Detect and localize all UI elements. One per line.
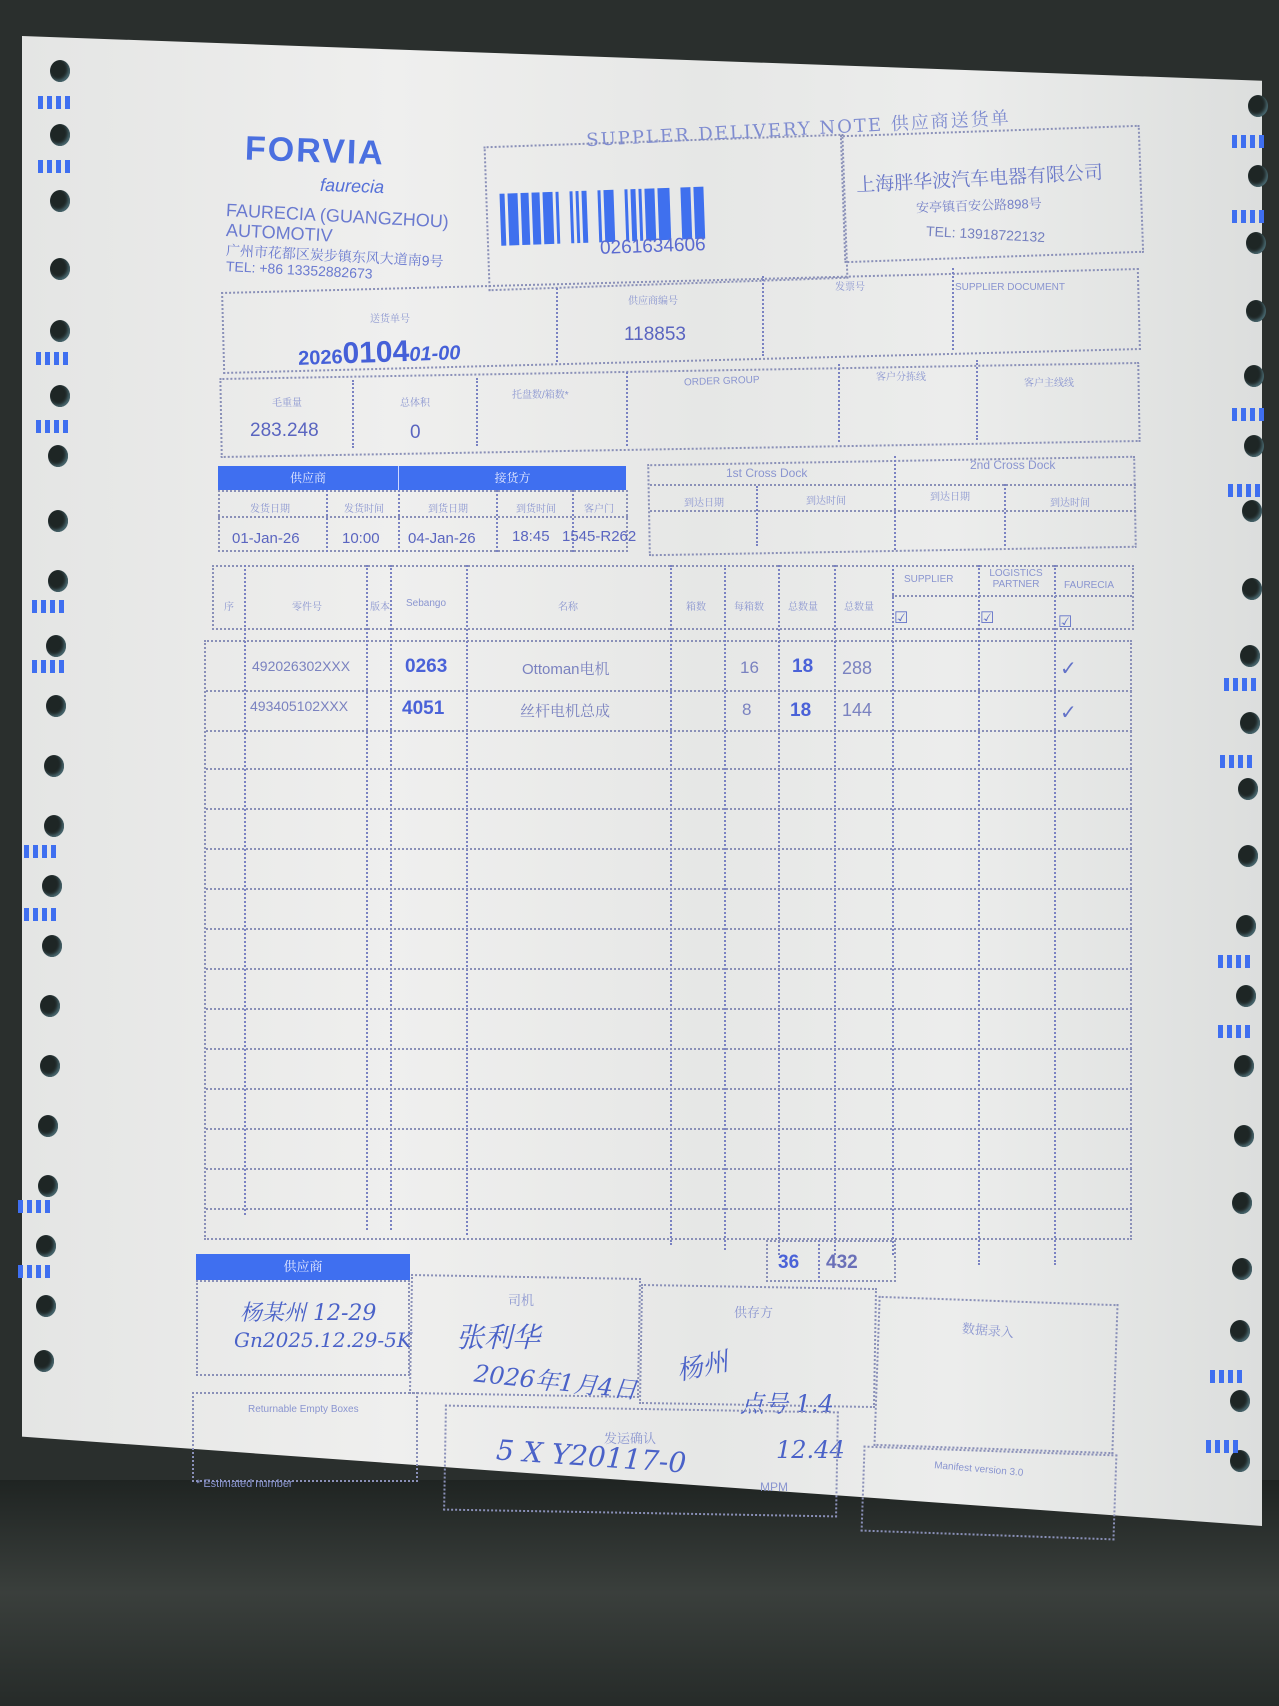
row1-name: Ottoman电机 xyxy=(522,658,610,679)
ship-time-label: 发货时间 xyxy=(344,500,384,515)
row1-part-no: 492026302XXX xyxy=(252,658,350,674)
feed-hole-icon xyxy=(1232,1258,1252,1280)
feed-hole-icon xyxy=(42,875,62,897)
registration-marks xyxy=(18,1265,50,1278)
divider xyxy=(218,516,628,518)
registration-marks xyxy=(32,660,64,673)
divider xyxy=(894,456,896,550)
divider xyxy=(756,486,758,546)
feed-hole-icon xyxy=(40,1055,60,1077)
feed-hole-icon xyxy=(46,695,66,717)
registration-marks xyxy=(1218,955,1250,968)
divider xyxy=(952,268,954,350)
row-divider xyxy=(206,928,1132,930)
checkbox-icon[interactable]: ☑ xyxy=(894,608,908,628)
row2-per-box: 8 xyxy=(742,700,751,720)
volume: 0 xyxy=(410,422,421,444)
registration-marks xyxy=(1228,484,1260,497)
row-divider xyxy=(206,968,1132,970)
feed-hole-icon xyxy=(50,385,70,407)
feed-hole-icon xyxy=(1234,1125,1254,1147)
ship-date-label: 发货日期 xyxy=(250,500,290,515)
feed-hole-icon xyxy=(50,258,70,280)
feed-hole-icon xyxy=(1238,778,1258,800)
row1-sebango: 0263 xyxy=(405,656,447,678)
registration-marks xyxy=(38,96,70,109)
data-entry-box xyxy=(873,1296,1118,1454)
registration-marks xyxy=(1210,1370,1242,1383)
col-total-header: 总数量 xyxy=(844,598,874,613)
col-divider xyxy=(724,565,726,1250)
invoice-label: 发票号 xyxy=(835,278,865,293)
divider xyxy=(476,378,478,446)
feed-hole-icon xyxy=(1240,645,1260,667)
registration-marks xyxy=(1220,755,1252,768)
feed-hole-icon xyxy=(1236,915,1256,937)
col-qty-header: 总数量 xyxy=(788,598,818,613)
returnable-label: Returnable Empty Boxes xyxy=(248,1404,359,1415)
ship-date: 01-Jan-26 xyxy=(232,530,300,547)
divider xyxy=(326,490,328,552)
row-divider xyxy=(206,1088,1132,1090)
registration-marks xyxy=(1232,210,1264,223)
arrival-time: 18:45 xyxy=(512,528,550,545)
warehouse-label: 供存方 xyxy=(734,1302,773,1321)
col-per-box-header: 每箱数 xyxy=(734,598,764,613)
row2-total: 144 xyxy=(842,700,872,721)
divider xyxy=(650,510,1136,512)
feed-hole-icon xyxy=(50,190,70,212)
col-seq-header: 序 xyxy=(224,598,234,613)
checkbox-icon[interactable]: ☑ xyxy=(980,608,994,628)
packages-label: 托盘数/箱数* xyxy=(512,386,569,401)
arrival-time-label: 到货时间 xyxy=(516,500,556,515)
estimated-note: * Estimated number xyxy=(196,1478,293,1490)
row2-check-mark[interactable]: ✓ xyxy=(1060,700,1077,725)
supplier-signature: 杨某州 12-29 xyxy=(240,1296,376,1327)
feed-hole-icon xyxy=(1230,1450,1250,1472)
faurecia-check-header: FAURECIA xyxy=(1064,580,1114,591)
feed-hole-icon xyxy=(44,755,64,777)
weight-row xyxy=(219,362,1140,458)
supplier-check-header: SUPPLIER xyxy=(904,574,953,585)
row-divider xyxy=(206,808,1132,810)
registration-marks xyxy=(1218,1025,1250,1038)
receiver-band: 接货方 xyxy=(398,466,626,490)
first-cross-dock-label: 1st Cross Dock xyxy=(726,466,807,480)
feed-hole-icon xyxy=(1244,435,1264,457)
volume-label: 总体积 xyxy=(400,394,430,409)
line1-label: 客户分拣线 xyxy=(876,368,926,383)
supplier-band: 供应商 xyxy=(218,466,398,490)
total-boxes: 36 xyxy=(778,1252,799,1274)
row2-name: 丝杆电机总成 xyxy=(520,700,610,721)
row-divider xyxy=(206,690,1132,692)
dock-code: 1545-R262 xyxy=(562,528,636,545)
row-divider xyxy=(206,1168,1132,1170)
col-name-header: 名称 xyxy=(558,598,578,613)
supplier-code: 118853 xyxy=(624,324,686,346)
col-divider xyxy=(670,565,672,1245)
weight-label: 毛重量 xyxy=(272,394,302,409)
supplier-sign-date: Gn2025.12.29-5K xyxy=(234,1328,412,1352)
row-divider xyxy=(206,888,1132,890)
col-divider xyxy=(366,565,368,1230)
delivery-no-date: 0104 xyxy=(342,335,410,370)
feed-hole-icon xyxy=(40,995,60,1017)
row2-sebango: 4051 xyxy=(402,698,444,720)
registration-marks xyxy=(1206,1440,1238,1453)
feed-hole-icon xyxy=(36,1295,56,1317)
supplier-document-label: SUPPLIER DOCUMENT xyxy=(955,282,1065,293)
divider xyxy=(398,490,400,552)
feed-hole-icon xyxy=(1234,1055,1254,1077)
feed-hole-icon xyxy=(1238,845,1258,867)
checkbox-icon[interactable]: ☑ xyxy=(1058,612,1072,632)
registration-marks xyxy=(1232,135,1264,148)
divider xyxy=(352,380,354,448)
col-divider xyxy=(1054,565,1056,1265)
feed-hole-icon xyxy=(1248,165,1268,187)
feed-hole-icon xyxy=(1242,578,1262,600)
row-divider xyxy=(206,1008,1132,1010)
divider xyxy=(976,360,978,440)
row1-total: 288 xyxy=(842,658,872,679)
registration-marks xyxy=(18,1200,50,1213)
col-boxes-header: 箱数 xyxy=(686,598,706,613)
col-version-header: 版本 xyxy=(370,598,390,613)
driver-label: 司机 xyxy=(508,1290,534,1309)
registration-marks xyxy=(38,160,70,173)
cd2-time-label: 到达时间 xyxy=(1050,494,1090,509)
faurecia-logo: faurecia xyxy=(320,175,385,198)
feed-hole-icon xyxy=(48,445,68,467)
registration-marks xyxy=(1224,678,1256,691)
feed-hole-icon xyxy=(1236,985,1256,1007)
feed-hole-icon xyxy=(1240,712,1260,734)
row-divider xyxy=(206,848,1132,850)
feed-hole-icon xyxy=(44,815,64,837)
row1-check-mark[interactable]: ✓ xyxy=(1060,656,1077,681)
col-divider xyxy=(778,565,780,1255)
divider xyxy=(496,490,498,552)
divider xyxy=(556,288,558,362)
divider xyxy=(626,372,628,446)
cd2-date-label: 到达日期 xyxy=(930,488,970,503)
divider xyxy=(762,276,764,356)
col-sebango-header: Sebango xyxy=(406,598,446,609)
ship-time: 10:00 xyxy=(342,530,380,547)
feed-hole-icon xyxy=(42,935,62,957)
row-divider xyxy=(206,768,1132,770)
delivery-no-label: 送货单号 xyxy=(370,310,410,325)
feed-hole-icon xyxy=(48,510,68,532)
col-divider xyxy=(978,565,980,1265)
row-divider xyxy=(206,1048,1132,1050)
feed-hole-icon xyxy=(38,1115,58,1137)
mpm-label: MPM xyxy=(760,1480,788,1494)
col-divider xyxy=(244,565,246,1215)
row1-per-box: 16 xyxy=(740,658,759,678)
delivery-no-year: 2026 xyxy=(298,346,343,370)
feed-hole-icon xyxy=(50,60,70,82)
row-divider xyxy=(206,730,1132,732)
delivery-number: 2026010401-00 xyxy=(297,333,460,373)
barcode-number: 0261634606 xyxy=(600,234,706,260)
feed-hole-icon xyxy=(1246,300,1266,322)
row-divider xyxy=(206,1208,1132,1210)
registration-marks xyxy=(36,420,68,433)
row2-part-no: 493405102XXX xyxy=(250,698,348,714)
registration-marks xyxy=(36,352,68,365)
registration-marks xyxy=(32,600,64,613)
col-divider xyxy=(892,565,894,1255)
cd1-date-label: 到达日期 xyxy=(684,494,724,509)
delivery-no-suffix: 01-00 xyxy=(409,342,461,366)
divider xyxy=(818,1240,820,1282)
divider xyxy=(838,364,840,442)
arrival-date: 04-Jan-26 xyxy=(408,530,476,547)
col-part-no-header: 零件号 xyxy=(292,598,322,613)
manifest-box xyxy=(861,1446,1118,1541)
total-quantity: 432 xyxy=(826,1252,858,1274)
dock-label: 客户门 xyxy=(584,500,614,515)
feed-hole-icon xyxy=(38,1175,58,1197)
row-divider xyxy=(206,1128,1132,1130)
feed-hole-icon xyxy=(1246,232,1266,254)
col-divider xyxy=(466,565,468,1235)
feed-hole-icon xyxy=(50,320,70,342)
registration-marks xyxy=(24,845,56,858)
supplier-signature-band: 供应商 xyxy=(196,1254,410,1280)
row1-boxes: 18 xyxy=(792,656,813,678)
col-divider xyxy=(390,565,392,1230)
registration-marks xyxy=(24,908,56,921)
second-cross-dock-label: 2nd Cross Dock xyxy=(970,458,1055,472)
feed-hole-icon xyxy=(1244,365,1264,387)
line2-label: 客户主线线 xyxy=(1024,374,1074,389)
feed-hole-icon xyxy=(36,1235,56,1257)
barcode-icon xyxy=(499,164,831,245)
logistics-check-header: LOGISTICS PARTNER xyxy=(986,568,1046,590)
cd1-time-label: 到达时间 xyxy=(806,492,846,507)
supplier-code-label: 供应商编号 xyxy=(628,292,678,307)
feed-hole-icon xyxy=(50,124,70,146)
registration-marks xyxy=(1232,408,1264,421)
divider xyxy=(1004,484,1006,546)
arrival-date-label: 到货日期 xyxy=(428,500,468,515)
feed-hole-icon xyxy=(34,1350,54,1372)
feed-hole-icon xyxy=(1230,1320,1250,1342)
feed-hole-icon xyxy=(46,635,66,657)
col-divider xyxy=(834,565,836,1255)
row2-boxes: 18 xyxy=(790,700,811,722)
driver-signature: 张利华 xyxy=(456,1316,540,1356)
feed-hole-icon xyxy=(1230,1390,1250,1412)
feed-hole-icon xyxy=(1242,500,1262,522)
feed-hole-icon xyxy=(1248,95,1268,117)
gross-weight: 283.248 xyxy=(250,420,319,442)
divider xyxy=(892,595,1132,597)
forvia-logo: FORVIA xyxy=(244,130,385,174)
feed-hole-icon xyxy=(48,570,68,592)
divider xyxy=(650,484,1136,486)
feed-hole-icon xyxy=(1232,1192,1252,1214)
